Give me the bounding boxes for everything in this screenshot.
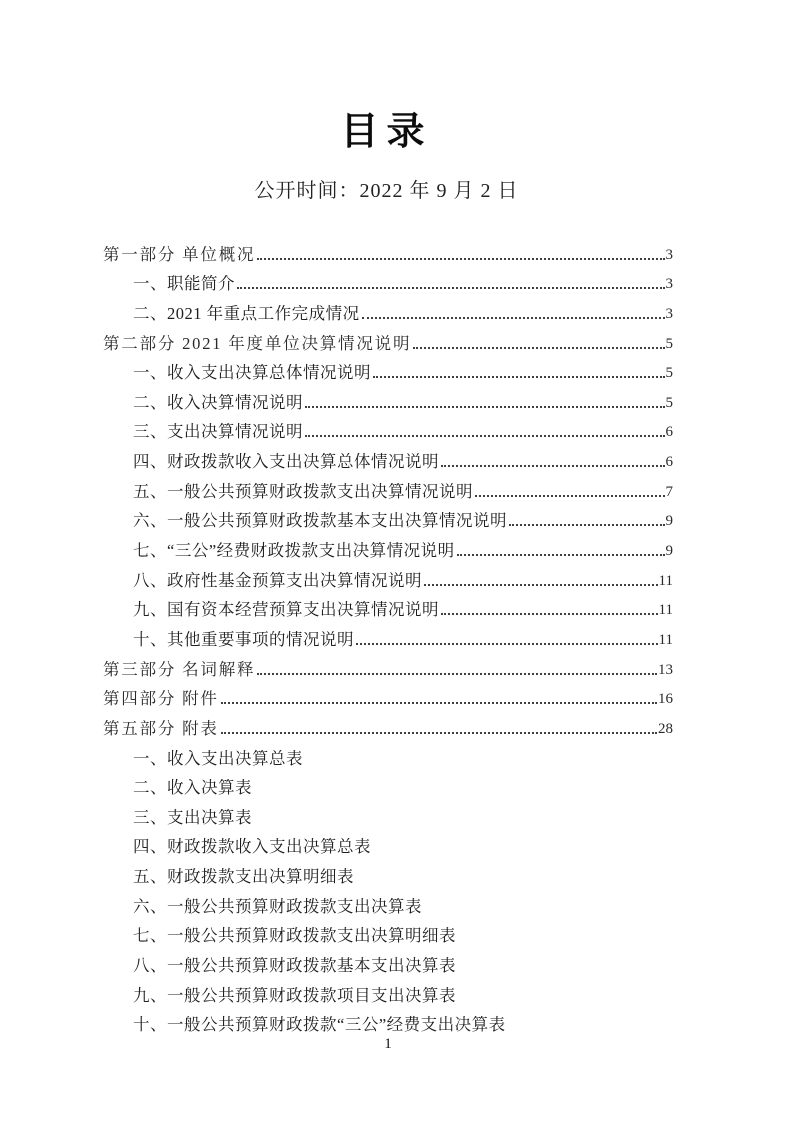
toc-entry: 十、一般公共预算财政拨款“三公”经费支出决算表 bbox=[103, 1008, 673, 1038]
toc-entry-label: 第二部分 2021 年度单位决算情况说明 bbox=[103, 332, 411, 356]
toc-entry: 十、其他重要事项的情况说明 11 bbox=[103, 622, 673, 652]
toc-entry-label: 二、收入决算情况说明 bbox=[133, 391, 303, 415]
toc-entry-page-number: 3 bbox=[666, 272, 674, 296]
toc-entry: 二、收入决算表 bbox=[103, 771, 673, 801]
toc-dot-leader bbox=[237, 287, 665, 289]
toc-entry-page-number: 11 bbox=[659, 598, 673, 622]
toc-dot-leader bbox=[257, 673, 657, 675]
toc-entry-page-number: 3 bbox=[666, 302, 674, 326]
toc-entry: 六、一般公共预算财政拨款基本支出决算情况说明 9 bbox=[103, 504, 673, 534]
toc-entry-label: 五、财政拨款支出决算明细表 bbox=[133, 865, 354, 889]
toc-entry: 一、收入支出决算总体情况说明 5 bbox=[103, 356, 673, 386]
toc-entry-page-number: 7 bbox=[666, 480, 674, 504]
toc-entry-label: 八、一般公共预算财政拨款基本支出决算表 bbox=[133, 954, 456, 978]
toc-entry-page-number: 13 bbox=[658, 658, 673, 682]
toc-entry: 八、政府性基金预算支出决算情况说明 11 bbox=[103, 563, 673, 593]
page-title: 目录 bbox=[0, 100, 773, 155]
toc-entry-label: 四、财政拨款收入支出决算总表 bbox=[133, 835, 371, 859]
toc-entry-page-number: 11 bbox=[659, 569, 673, 593]
toc-entry-label: 一、职能简介 bbox=[133, 272, 235, 296]
toc-entry-label: 一、收入支出决算总表 bbox=[133, 747, 303, 771]
toc-entry-page-number: 16 bbox=[658, 687, 673, 711]
toc-entry-page-number: 6 bbox=[666, 420, 674, 444]
toc-dot-leader bbox=[356, 643, 658, 645]
toc-dot-leader bbox=[305, 435, 665, 437]
toc-dot-leader bbox=[305, 406, 665, 408]
toc-entry-label: 第五部分 附表 bbox=[103, 717, 219, 741]
toc-entry-label: 九、国有资本经营预算支出决算情况说明 bbox=[133, 598, 439, 622]
toc-dot-leader bbox=[475, 495, 665, 497]
toc-entry: 第四部分 附件 16 bbox=[103, 682, 673, 712]
toc-entry-page-number: 5 bbox=[666, 332, 674, 356]
toc-entry: 第二部分 2021 年度单位决算情况说明 5 bbox=[103, 326, 673, 356]
toc-entry: 七、“三公”经费财政拨款支出决算情况说明 9 bbox=[103, 533, 673, 563]
toc-entry-label: 十、其他重要事项的情况说明 bbox=[133, 628, 354, 652]
toc-dot-leader bbox=[362, 317, 665, 319]
toc-dot-leader bbox=[413, 347, 664, 349]
toc-entry: 七、一般公共预算财政拨款支出决算明细表 bbox=[103, 919, 673, 949]
toc-entry-label: 第一部分 单位概况 bbox=[103, 243, 255, 267]
toc-dot-leader bbox=[509, 524, 665, 526]
toc-entry-label: 第四部分 附件 bbox=[103, 687, 219, 711]
toc-dot-leader bbox=[457, 554, 665, 556]
toc-entry-page-number: 3 bbox=[666, 243, 674, 267]
toc-entry: 一、职能简介 3 bbox=[103, 267, 673, 297]
toc-entry-page-number: 5 bbox=[666, 361, 674, 385]
document-page: 目录 公开时间：2022 年 9 月 2 日 第一部分 单位概况 3 一、职能简… bbox=[0, 0, 793, 1122]
toc-entry: 六、一般公共预算财政拨款支出决算表 bbox=[103, 889, 673, 919]
toc-entry-label: 第三部分 名词解释 bbox=[103, 658, 255, 682]
publish-date: 公开时间：2022 年 9 月 2 日 bbox=[0, 174, 773, 203]
toc-entry: 第五部分 附表 28 bbox=[103, 711, 673, 741]
toc-entry: 二、2021 年重点工作完成情况 3 bbox=[103, 296, 673, 326]
toc-entry-page-number: 11 bbox=[659, 628, 673, 652]
toc-dot-leader bbox=[373, 376, 665, 378]
toc-entry: 二、收入决算情况说明 5 bbox=[103, 385, 673, 415]
toc-entry-label: 二、2021 年重点工作完成情况 bbox=[133, 302, 360, 326]
toc-entry: 四、财政拨款收入支出决算总体情况说明 6 bbox=[103, 444, 673, 474]
toc-entry-page-number: 6 bbox=[666, 450, 674, 474]
toc-entry-label: 六、一般公共预算财政拨款基本支出决算情况说明 bbox=[133, 509, 507, 533]
toc-entry: 三、支出决算情况说明 6 bbox=[103, 415, 673, 445]
toc-entry-label: 一、收入支出决算总体情况说明 bbox=[133, 361, 371, 385]
toc-entry: 九、国有资本经营预算支出决算情况说明 11 bbox=[103, 593, 673, 623]
toc-entry-label: 七、“三公”经费财政拨款支出决算情况说明 bbox=[133, 539, 455, 563]
toc-entry-page-number: 28 bbox=[658, 717, 673, 741]
footer-page-number: 1 bbox=[103, 1036, 673, 1053]
toc-entry-page-number: 9 bbox=[666, 539, 674, 563]
toc-entry-label: 七、一般公共预算财政拨款支出决算明细表 bbox=[133, 924, 456, 948]
toc-entry-label: 二、收入决算表 bbox=[133, 776, 252, 800]
toc-entry: 第一部分 单位概况 3 bbox=[103, 237, 673, 267]
toc-entry-label: 六、一般公共预算财政拨款支出决算表 bbox=[133, 895, 422, 919]
toc-entry: 四、财政拨款收入支出决算总表 bbox=[103, 830, 673, 860]
toc-entry: 第三部分 名词解释 13 bbox=[103, 652, 673, 682]
toc-dot-leader bbox=[424, 584, 658, 586]
toc-entry-page-number: 5 bbox=[666, 391, 674, 415]
toc-dot-leader bbox=[221, 732, 657, 734]
toc-entry: 一、收入支出决算总表 bbox=[103, 741, 673, 771]
toc-dot-leader bbox=[221, 702, 657, 704]
toc-entry: 五、一般公共预算财政拨款支出决算情况说明 7 bbox=[103, 474, 673, 504]
toc-entry: 五、财政拨款支出决算明细表 bbox=[103, 859, 673, 889]
toc-entry: 九、一般公共预算财政拨款项目支出决算表 bbox=[103, 978, 673, 1008]
toc-dot-leader bbox=[441, 465, 665, 467]
toc-entry-label: 四、财政拨款收入支出决算总体情况说明 bbox=[133, 450, 439, 474]
toc-entry: 三、支出决算表 bbox=[103, 800, 673, 830]
toc-entry-label: 十、一般公共预算财政拨款“三公”经费支出决算表 bbox=[133, 1013, 506, 1037]
toc-entry: 八、一般公共预算财政拨款基本支出决算表 bbox=[103, 948, 673, 978]
toc-entry-label: 八、政府性基金预算支出决算情况说明 bbox=[133, 569, 422, 593]
toc-entry-label: 九、一般公共预算财政拨款项目支出决算表 bbox=[133, 984, 456, 1008]
toc: 第一部分 单位概况 3 一、职能简介 3 二、2021 年重点工作完成情况 3 … bbox=[103, 237, 673, 1037]
toc-entry-label: 三、支出决算表 bbox=[133, 806, 252, 830]
toc-dot-leader bbox=[441, 613, 658, 615]
toc-entry-label: 五、一般公共预算财政拨款支出决算情况说明 bbox=[133, 480, 473, 504]
toc-entry-page-number: 9 bbox=[666, 509, 674, 533]
toc-dot-leader bbox=[257, 258, 664, 260]
toc-entry-label: 三、支出决算情况说明 bbox=[133, 420, 303, 444]
